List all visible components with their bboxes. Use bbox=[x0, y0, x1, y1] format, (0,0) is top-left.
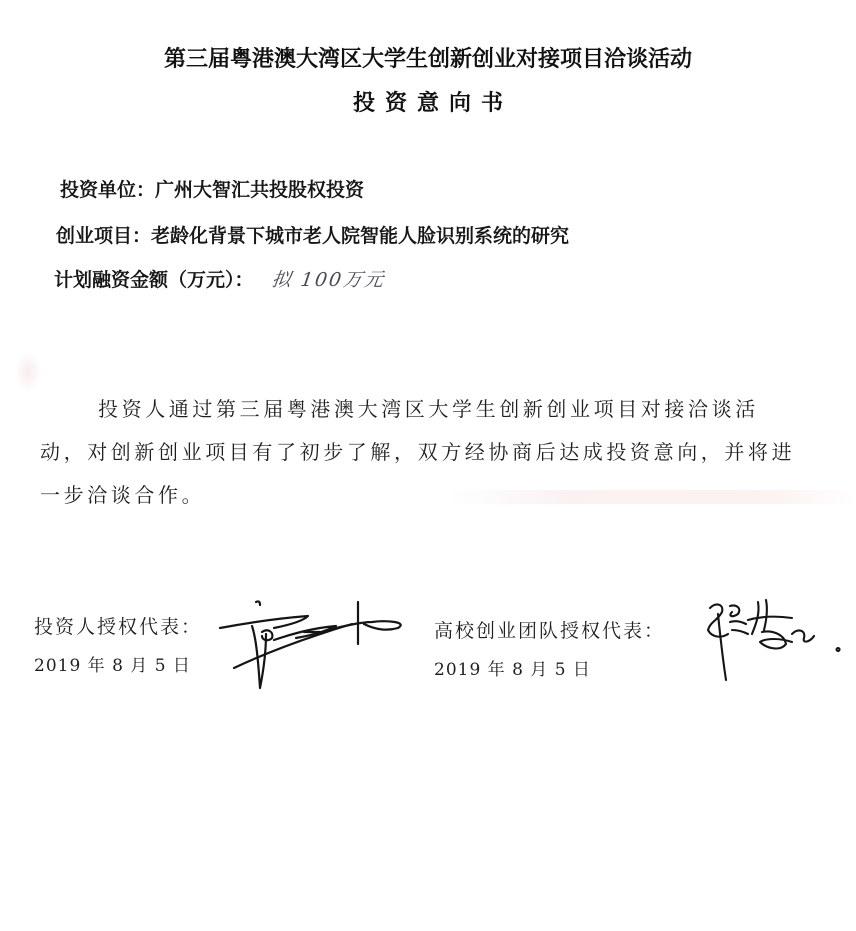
intent-statement: 投资人通过第三届粤港澳大湾区大学生创新创业项目对接洽谈活动，对创新创业项目有了初… bbox=[40, 388, 800, 517]
team-sign-date: 2019 年 8 月 5 日 bbox=[434, 655, 665, 680]
team-signature-block: 高校创业团队授权代表： 2019 年 8 月 5 日 bbox=[434, 616, 665, 680]
investor-unit-label: 投资单位： bbox=[60, 179, 155, 201]
financing-amount-label: 计划融资金额（万元）： bbox=[54, 269, 254, 291]
project-label: 创业项目： bbox=[56, 225, 151, 247]
paper-smudge bbox=[14, 352, 42, 392]
document-subtitle: 投资意向书 bbox=[0, 86, 856, 117]
team-handwritten-signature bbox=[702, 594, 852, 686]
investor-unit-field: 投资单位：广州大智汇共投股权投资 bbox=[60, 175, 364, 202]
team-rep-label: 高校创业团队授权代表： bbox=[434, 616, 665, 643]
project-value: 老龄化背景下城市老人院智能人脸识别系统的研究 bbox=[151, 225, 569, 247]
project-field: 创业项目：老龄化背景下城市老人院智能人脸识别系统的研究 bbox=[56, 221, 569, 248]
financing-amount-field: 计划融资金额（万元）：拟 100万元 bbox=[54, 265, 385, 292]
investor-rep-label: 投资人授权代表： bbox=[34, 612, 202, 639]
document-page: 第三届粤港澳大湾区大学生创新创业对接项目洽谈活动 投资意向书 投资单位：广州大智… bbox=[0, 0, 856, 931]
investor-handwritten-signature bbox=[212, 598, 412, 694]
investor-signature-block: 投资人授权代表： 2019 年 8 月 5 日 bbox=[34, 612, 202, 676]
document-title: 第三届粤港澳大湾区大学生创新创业对接项目洽谈活动 bbox=[0, 42, 856, 73]
investor-unit-value: 广州大智汇共投股权投资 bbox=[155, 179, 364, 201]
financing-amount-handwritten-value: 拟 100万元 bbox=[270, 265, 387, 292]
investor-sign-date: 2019 年 8 月 5 日 bbox=[34, 651, 202, 676]
